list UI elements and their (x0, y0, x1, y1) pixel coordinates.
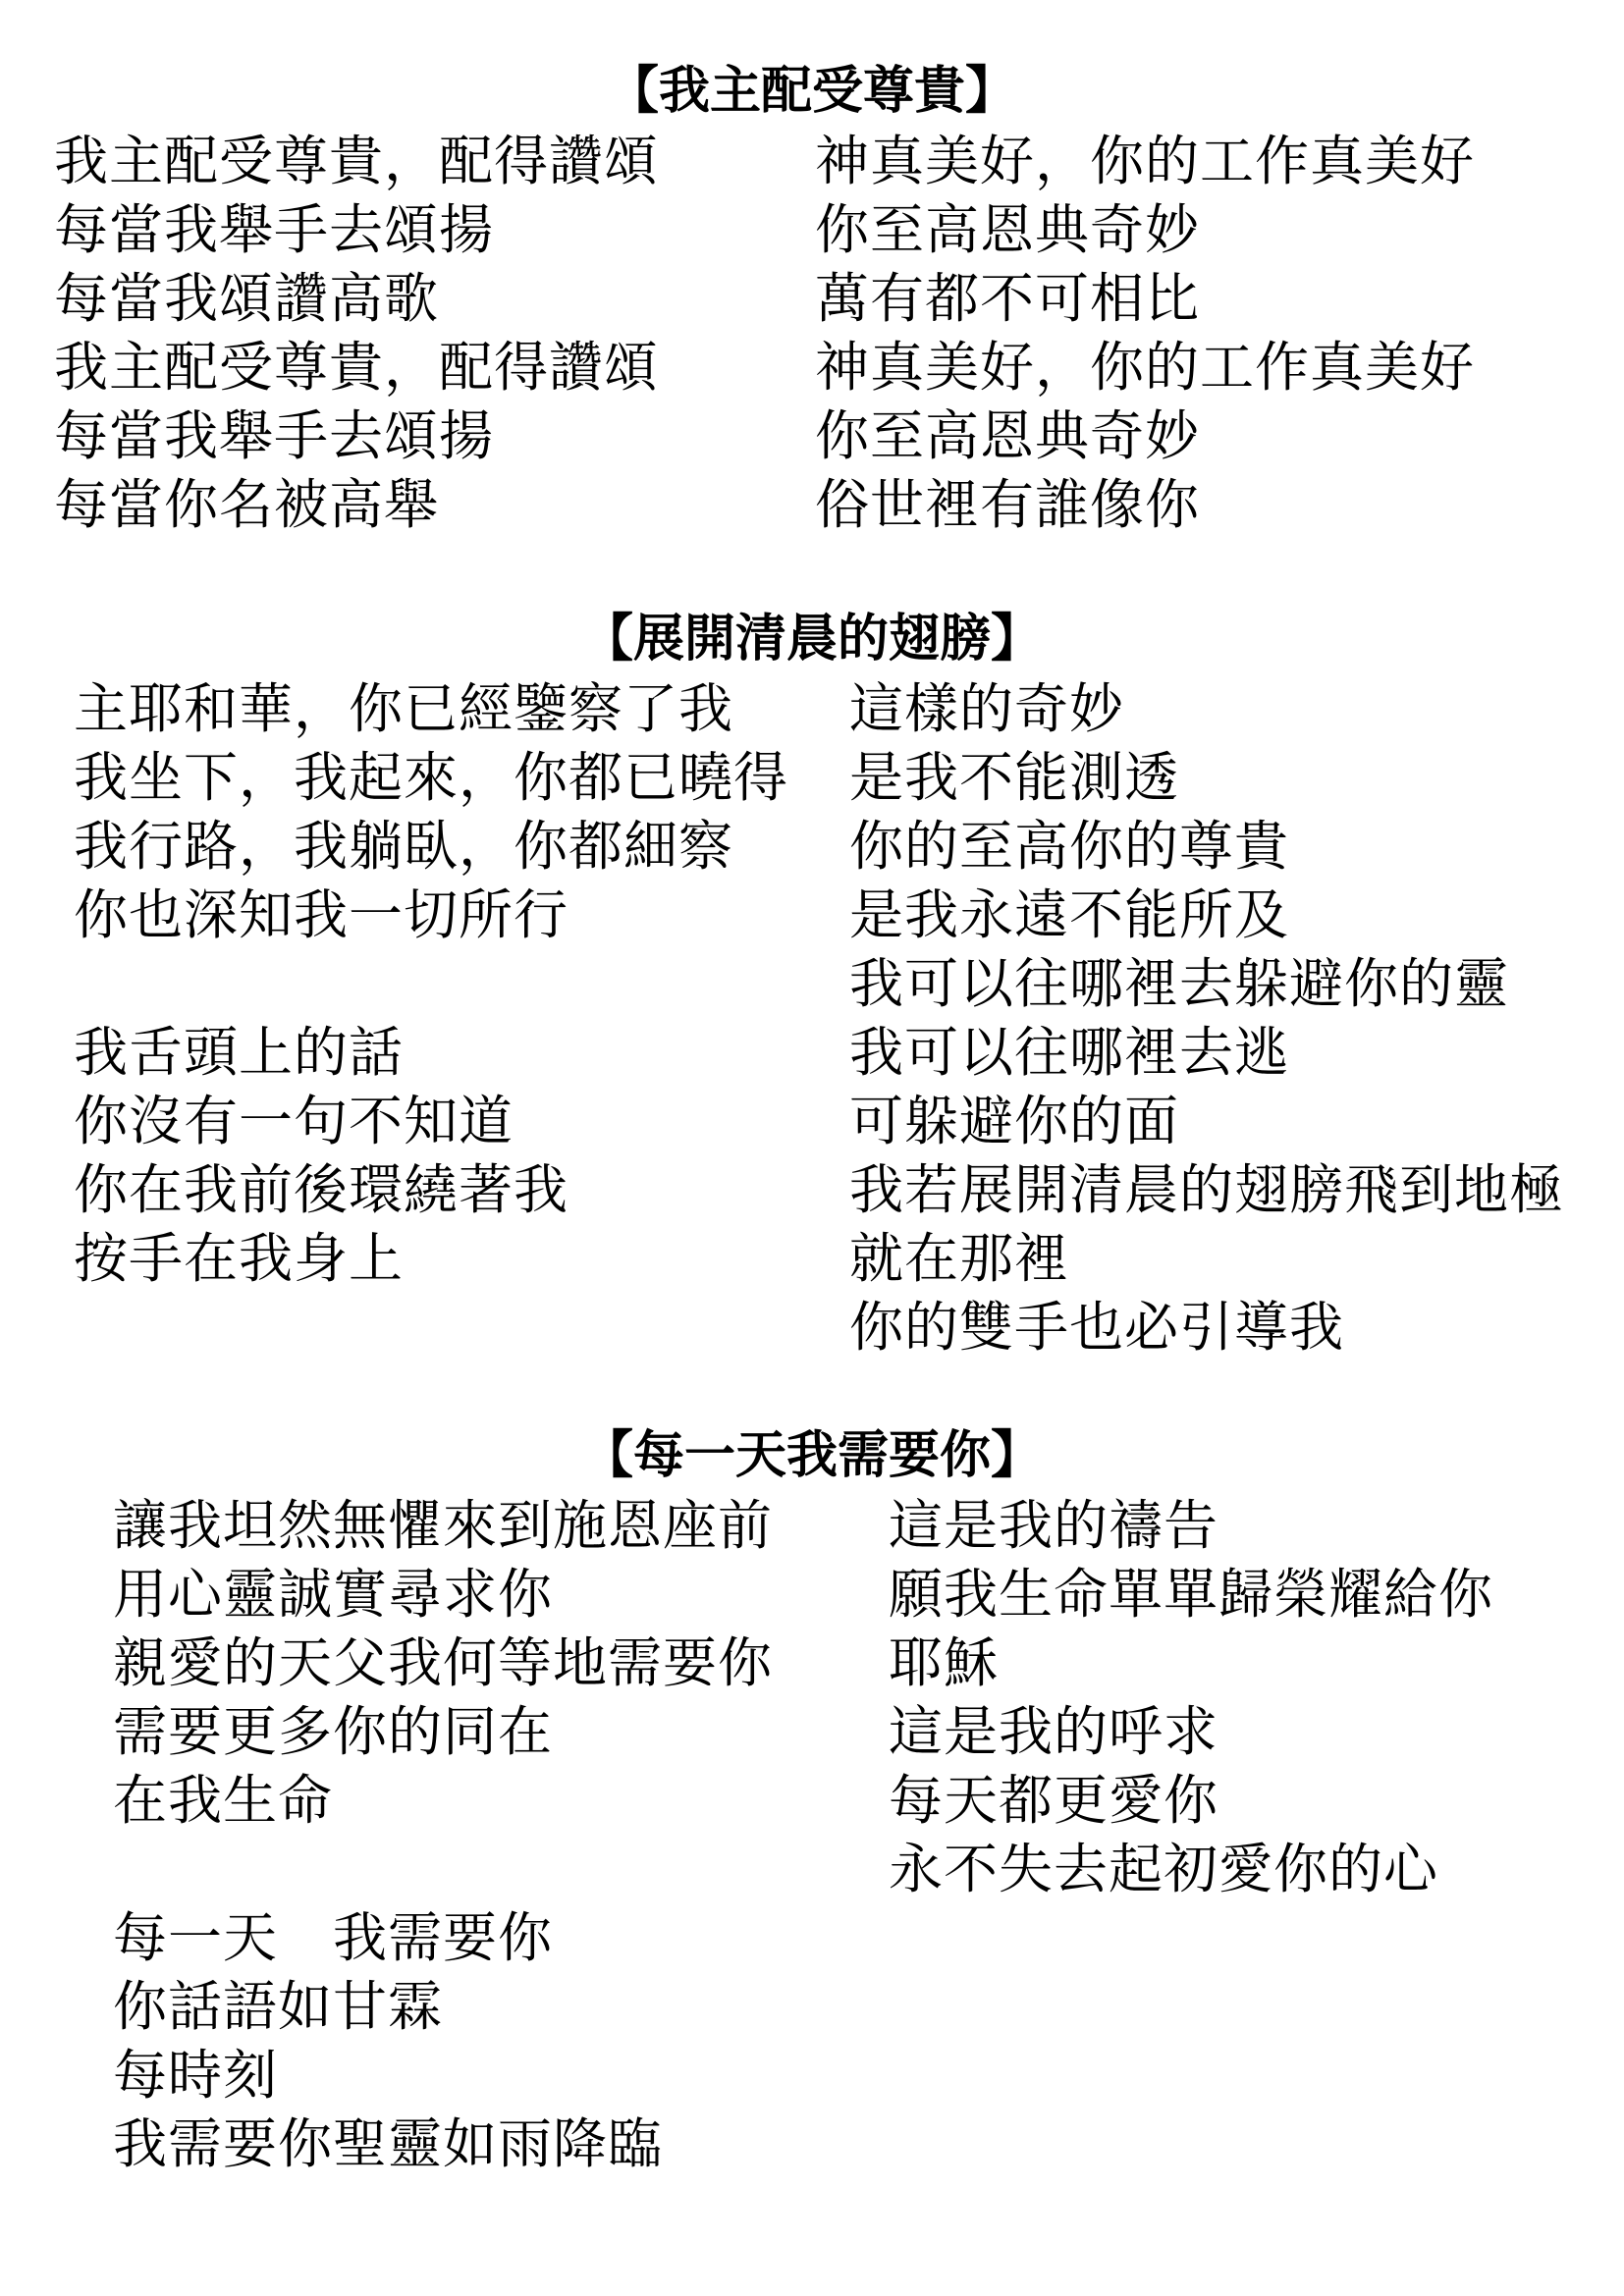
lyric-line-right: 這是我的呼求 (889, 1698, 1218, 1767)
lyric-line-right: 是我永遠不能所及 (849, 881, 1289, 950)
lyric-row: 你話語如甘霖 (0, 1973, 1624, 2042)
lyric-row: 我行路，我躺臥，你都細察 你的至高你的尊貴 (0, 813, 1624, 881)
lyric-row: 永不失去起初愛你的心 (0, 1836, 1624, 1904)
lyric-line-left: 親愛的天父我何等地需要你 (113, 1629, 773, 1698)
song-section-1: 【我主配受尊貴】 我主配受尊貴，配得讚頌 神真美好，你的工作真美好 每當我舉手去… (0, 57, 1624, 540)
lyric-row: 我可以往哪裡去躲避你的靈 (0, 950, 1624, 1019)
lyric-line-left: 我主配受尊貴，配得讚頌 (54, 128, 659, 196)
lyric-line-left: 你話語如甘霖 (113, 1973, 443, 2042)
song-title: 【展開清晨的翅膀】 (0, 605, 1624, 675)
lyric-line-right: 每天都更愛你 (889, 1767, 1218, 1836)
lyric-line-right: 你至高恩典奇妙 (815, 402, 1200, 471)
lyric-row: 我需要你聖靈如雨降臨 (0, 2110, 1624, 2179)
lyric-line-right: 你至高恩典奇妙 (815, 196, 1200, 265)
lyric-line-left: 每當你名被高舉 (54, 471, 439, 540)
lyric-line-right: 神真美好，你的工作真美好 (815, 128, 1475, 196)
lyric-row: 用心靈誠實尋求你 願我生命單單歸榮耀給你 (0, 1561, 1624, 1629)
lyric-row: 你沒有一句不知道 可躲避你的面 (0, 1088, 1624, 1156)
lyric-line-left: 每時刻 (113, 2042, 278, 2110)
lyric-row: 每當我舉手去頌揚 你至高恩典奇妙 (0, 402, 1624, 471)
lyric-row: 按手在我身上 就在那裡 (0, 1225, 1624, 1294)
song-section-2: 【展開清晨的翅膀】 主耶和華，你已經鑒察了我 這樣的奇妙 我坐下，我起來，你都已… (0, 605, 1624, 1362)
lyric-line-left: 在我生命 (113, 1767, 333, 1836)
lyric-row: 你在我前後環繞著我 我若展開清晨的翅膀飛到地極 (0, 1156, 1624, 1225)
lyric-rows: 主耶和華，你已經鑒察了我 這樣的奇妙 我坐下，我起來，你都已曉得 是我不能測透 … (0, 675, 1624, 1362)
lyric-line-left: 按手在我身上 (74, 1225, 404, 1294)
lyric-line-right: 就在那裡 (849, 1225, 1069, 1294)
lyric-sheet-page: 【我主配受尊貴】 我主配受尊貴，配得讚頌 神真美好，你的工作真美好 每當我舉手去… (0, 0, 1624, 2296)
lyric-row: 每時刻 (0, 2042, 1624, 2110)
lyric-line-right: 神真美好，你的工作真美好 (815, 334, 1475, 402)
lyric-line-left: 我舌頭上的話 (74, 1019, 404, 1088)
lyric-row: 親愛的天父我何等地需要你 耶穌 (0, 1629, 1624, 1698)
lyric-row: 主耶和華，你已經鑒察了我 這樣的奇妙 (0, 675, 1624, 744)
lyric-row: 每當你名被高舉 俗世裡有誰像你 (0, 471, 1624, 540)
lyric-line-left: 每當我頌讚高歌 (54, 265, 439, 334)
lyric-row: 你的雙手也必引導我 (0, 1294, 1624, 1362)
lyric-line-left: 你沒有一句不知道 (74, 1088, 514, 1156)
lyric-line-right: 永不失去起初愛你的心 (889, 1836, 1438, 1904)
lyric-line-right: 這是我的禱告 (889, 1492, 1218, 1561)
lyric-row: 我主配受尊貴，配得讚頌 神真美好，你的工作真美好 (0, 334, 1624, 402)
lyric-row: 你也深知我一切所行 是我永遠不能所及 (0, 881, 1624, 950)
lyric-row: 每當我舉手去頌揚 你至高恩典奇妙 (0, 196, 1624, 265)
lyric-line-right: 你的至高你的尊貴 (849, 813, 1289, 881)
lyric-line-left: 需要更多你的同在 (113, 1698, 553, 1767)
lyric-row: 需要更多你的同在 這是我的呼求 (0, 1698, 1624, 1767)
lyric-row: 讓我坦然無懼來到施恩座前 這是我的禱告 (0, 1492, 1624, 1561)
song-title: 【每一天我需要你】 (0, 1421, 1624, 1492)
lyric-line-left: 我行路，我躺臥，你都細察 (74, 813, 733, 881)
lyric-line-left: 我主配受尊貴，配得讚頌 (54, 334, 659, 402)
lyric-line-left: 每當我舉手去頌揚 (54, 196, 494, 265)
lyric-row: 每一天 我需要你 (0, 1904, 1624, 1973)
lyric-line-right: 你的雙手也必引導我 (849, 1294, 1344, 1362)
lyric-row: 我舌頭上的話 我可以往哪裡去逃 (0, 1019, 1624, 1088)
lyric-line-right: 願我生命單單歸榮耀給你 (889, 1561, 1493, 1629)
lyric-line-right: 我可以往哪裡去躲避你的靈 (849, 950, 1509, 1019)
lyric-line-left: 每一天 我需要你 (113, 1904, 553, 1973)
lyric-line-left: 我坐下，我起來，你都已曉得 (74, 744, 788, 813)
lyric-rows: 讓我坦然無懼來到施恩座前 這是我的禱告 用心靈誠實尋求你 願我生命單單歸榮耀給你… (0, 1492, 1624, 2179)
lyric-row: 我主配受尊貴，配得讚頌 神真美好，你的工作真美好 (0, 128, 1624, 196)
lyric-rows: 我主配受尊貴，配得讚頌 神真美好，你的工作真美好 每當我舉手去頌揚 你至高恩典奇… (0, 128, 1624, 540)
lyric-line-left: 你在我前後環繞著我 (74, 1156, 568, 1225)
lyric-line-right: 我可以往哪裡去逃 (849, 1019, 1289, 1088)
lyric-line-right: 萬有都不可相比 (815, 265, 1200, 334)
lyric-line-right: 俗世裡有誰像你 (815, 471, 1200, 540)
lyric-row: 每當我頌讚高歌 萬有都不可相比 (0, 265, 1624, 334)
song-section-3: 【每一天我需要你】 讓我坦然無懼來到施恩座前 這是我的禱告 用心靈誠實尋求你 願… (0, 1421, 1624, 2179)
lyric-line-right: 我若展開清晨的翅膀飛到地極 (849, 1156, 1564, 1225)
lyric-line-right: 耶穌 (889, 1629, 999, 1698)
lyric-line-left: 主耶和華，你已經鑒察了我 (74, 675, 733, 744)
lyric-row: 在我生命 每天都更愛你 (0, 1767, 1624, 1836)
lyric-line-left: 用心靈誠實尋求你 (113, 1561, 553, 1629)
lyric-line-left: 你也深知我一切所行 (74, 881, 568, 950)
lyric-line-left: 我需要你聖靈如雨降臨 (113, 2110, 663, 2179)
lyric-line-left: 讓我坦然無懼來到施恩座前 (113, 1492, 773, 1561)
lyric-line-right: 這樣的奇妙 (849, 675, 1124, 744)
lyric-row: 我坐下，我起來，你都已曉得 是我不能測透 (0, 744, 1624, 813)
lyric-line-right: 是我不能測透 (849, 744, 1179, 813)
song-title: 【我主配受尊貴】 (0, 57, 1624, 128)
lyric-line-left: 每當我舉手去頌揚 (54, 402, 494, 471)
lyric-line-right: 可躲避你的面 (849, 1088, 1179, 1156)
